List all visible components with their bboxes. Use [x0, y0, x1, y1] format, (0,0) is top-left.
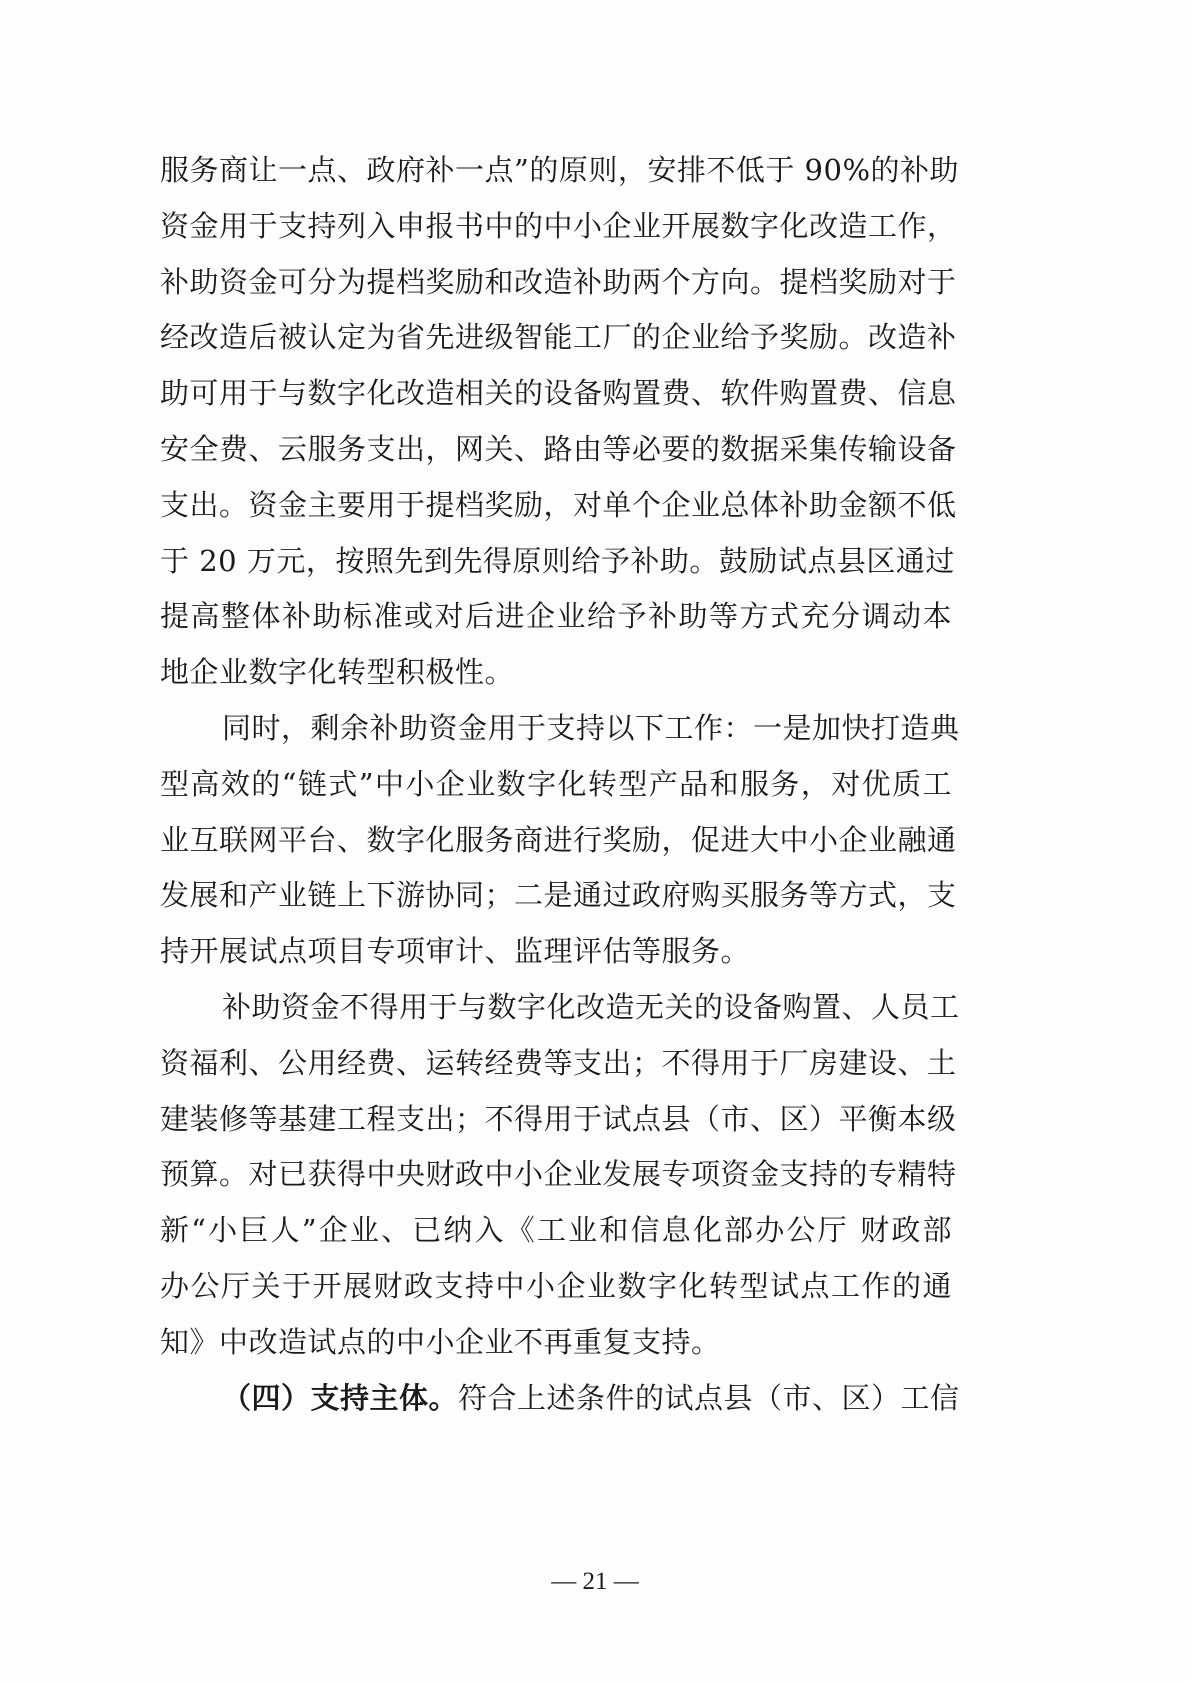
text-line: 办公厅关于开展财政支持中小企业数字化转型试点工作的通	[160, 1259, 952, 1315]
paragraph-remaining-funds: 同时，剩余补助资金用于支持以下工作：一是加快打造典 型高效的“链式”中小企业数字…	[160, 701, 952, 980]
paragraph-support-subject: （四）支持主体。符合上述条件的试点县（市、区）工信	[160, 1371, 952, 1427]
text-line: 业互联网平台、数字化服务商进行奖励，促进大中小企业融通	[160, 813, 952, 869]
text-line: 支出。资金主要用于提档奖励，对单个企业总体补助金额不低	[160, 478, 952, 534]
text-line: 知》中改造试点的中小企业不再重复支持。	[160, 1315, 952, 1371]
text-line: 经改造后被认定为省先进级智能工厂的企业给予奖励。改造补	[160, 310, 952, 366]
text-line: 持开展试点项目专项审计、监理评估等服务。	[160, 924, 952, 980]
text-line: 提高整体补助标准或对后进企业给予补助等方式充分调动本	[160, 589, 952, 645]
text-line: 新“小巨人”企业、已纳入《工业和信息化部办公厅 财政部	[160, 1203, 952, 1259]
text-line: 补助资金可分为提档奖励和改造补助两个方向。提档奖励对于	[160, 255, 952, 311]
text-line: 安全费、云服务支出，网关、路由等必要的数据采集传输设备	[160, 422, 952, 478]
text-line: 资福利、公用经费、运转经费等支出；不得用于厂房建设、土	[160, 1036, 952, 1092]
paragraph-restrictions: 补助资金不得用于与数字化改造无关的设备购置、人员工 资福利、公用经费、运转经费等…	[160, 980, 952, 1371]
text-line: 服务商让一点、政府补一点”的原则，安排不低于 90%的补助	[160, 143, 952, 199]
text-line: 助可用于与数字化改造相关的设备购置费、软件购置费、信息	[160, 366, 952, 422]
text-line: 预算。对已获得中央财政中小企业发展专项资金支持的专精特	[160, 1147, 952, 1203]
document-page: 服务商让一点、政府补一点”的原则，安排不低于 90%的补助 资金用于支持列入申报…	[0, 0, 1190, 1683]
document-body: 服务商让一点、政府补一点”的原则，安排不低于 90%的补助 资金用于支持列入申报…	[160, 143, 952, 1426]
text-line: 建装修等基建工程支出；不得用于试点县（市、区）平衡本级	[160, 1092, 952, 1148]
text-line: （四）支持主体。符合上述条件的试点县（市、区）工信	[160, 1371, 952, 1427]
text-line: 补助资金不得用于与数字化改造无关的设备购置、人员工	[160, 980, 952, 1036]
text-line: 型高效的“链式”中小企业数字化转型产品和服务，对优质工	[160, 757, 952, 813]
paragraph-funding-principle: 服务商让一点、政府补一点”的原则，安排不低于 90%的补助 资金用于支持列入申报…	[160, 143, 952, 701]
text-line: 发展和产业链上下游协同；二是通过政府购买服务等方式，支	[160, 868, 952, 924]
text-line: 资金用于支持列入申报书中的中小企业开展数字化改造工作，	[160, 199, 952, 255]
section-heading: （四）支持主体。	[222, 1381, 458, 1415]
section-text: 符合上述条件的试点县（市、区）工信	[458, 1381, 960, 1415]
text-line: 同时，剩余补助资金用于支持以下工作：一是加快打造典	[160, 701, 952, 757]
text-line: 于 20 万元，按照先到先得原则给予补助。鼓励试点县区通过	[160, 534, 952, 590]
text-line: 地企业数字化转型积极性。	[160, 645, 952, 701]
page-number: — 21 —	[0, 1568, 1190, 1596]
